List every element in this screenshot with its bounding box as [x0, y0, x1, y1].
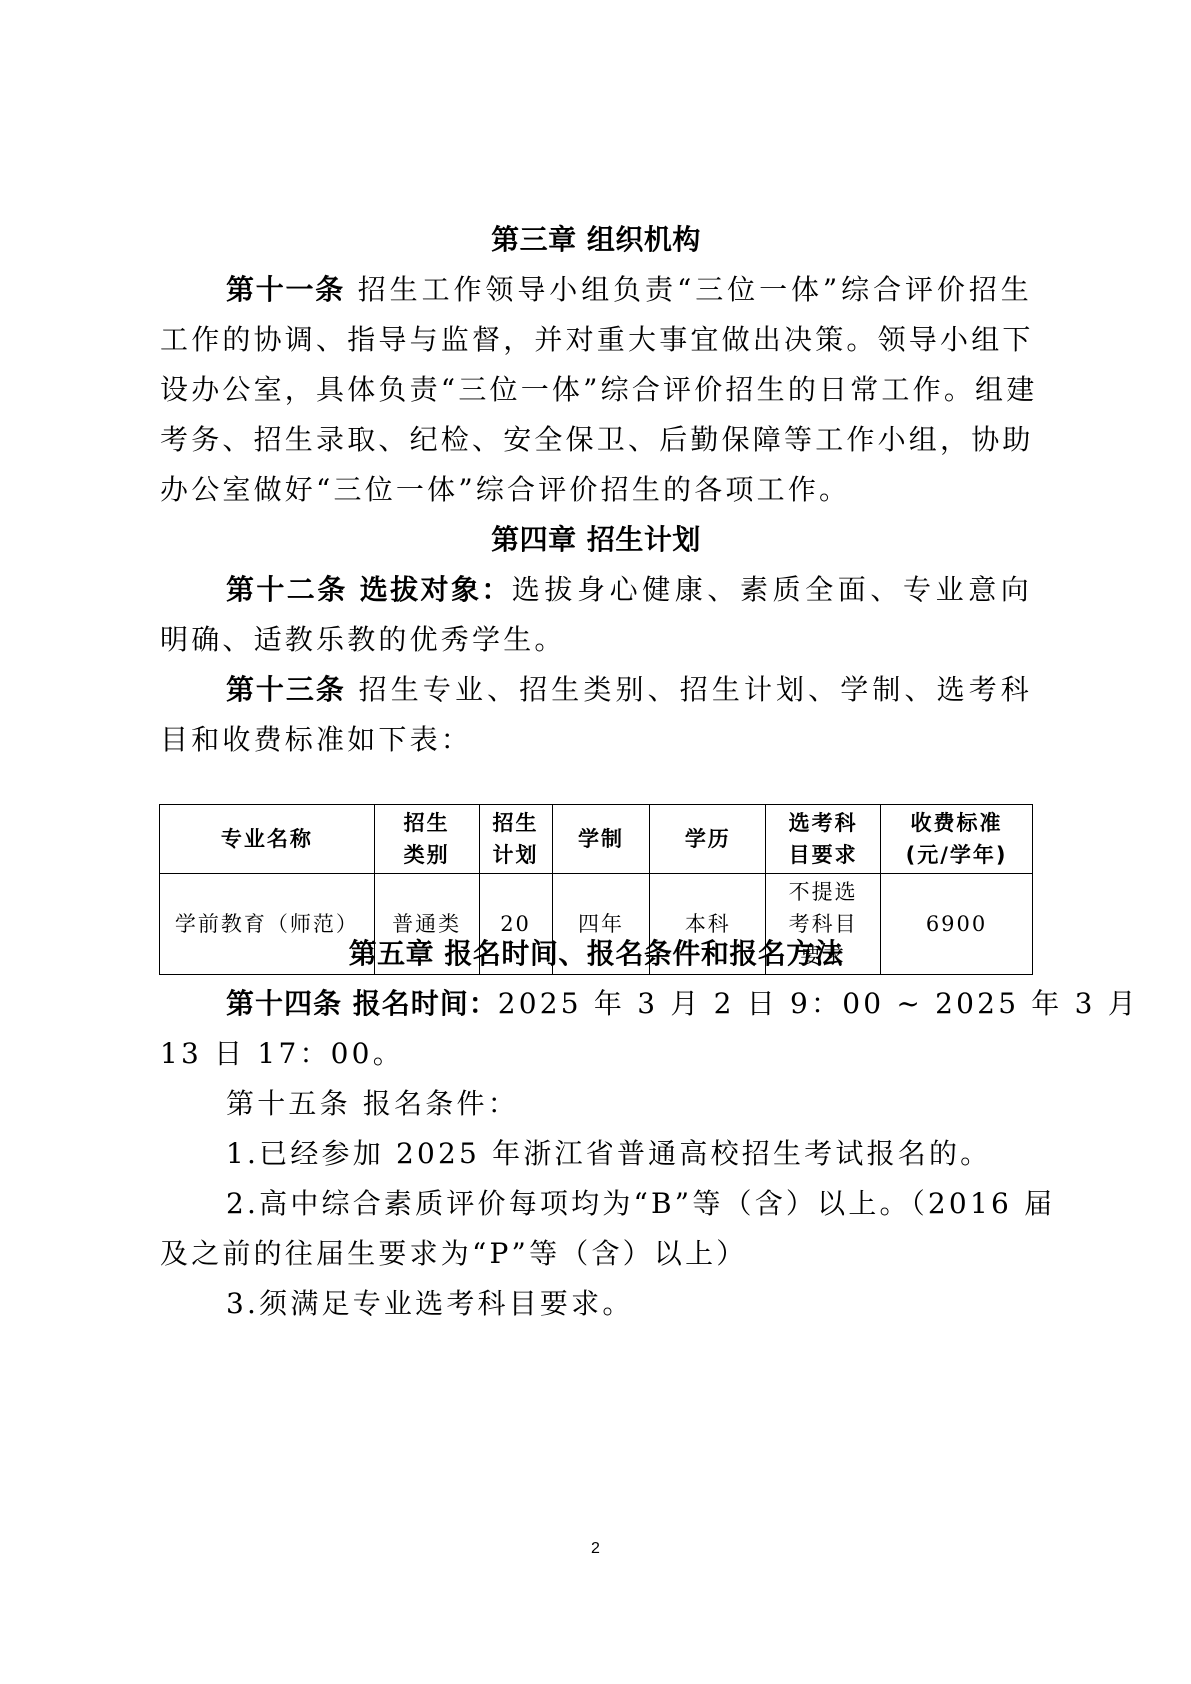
article-12-line-2: 明确、适教乐教的优秀学生。	[160, 622, 1032, 658]
article-13-line-2: 目和收费标准如下表：	[160, 722, 1032, 758]
article-15-label: 第十五条 报名条件：	[160, 1086, 1032, 1122]
article-14-line-2: 13 日 17：00。	[160, 1036, 1032, 1072]
article-14-line-1: 第十四条 报名时间：2025 年 3 月 2 日 9：00 ~ 2025 年 3…	[160, 986, 1032, 1022]
article-12-label: 第十二条 选拔对象：	[226, 573, 512, 606]
article-11-text: 招生工作领导小组负责“三位一体”综合评价招生	[358, 273, 1032, 306]
article-12-line-1: 第十二条 选拔对象：选拔身心健康、素质全面、专业意向	[160, 572, 1032, 608]
article-11-line-2: 工作的协调、指导与监督，并对重大事宜做出决策。领导小组下	[160, 322, 1032, 358]
chapter-3-title: 第三章 组织机构	[160, 222, 1032, 258]
article-14-label: 第十四条 报名时间：	[226, 987, 498, 1020]
condition-item-2: 2.高中综合素质评价每项均为“B”等（含）以上。（2016 届	[160, 1186, 1032, 1222]
header-duration: 学制	[552, 805, 650, 874]
document-page: 第三章 组织机构 第十一条 招生工作领导小组负责“三位一体”综合评价招生 工作的…	[0, 0, 1191, 1684]
condition-item-2-cont: 及之前的往届生要求为“P”等（含）以上）	[160, 1236, 1032, 1272]
header-category: 招生类别	[374, 805, 479, 874]
article-13-label: 第十三条	[226, 673, 346, 706]
article-11-line-1: 第十一条 招生工作领导小组负责“三位一体”综合评价招生	[160, 272, 1032, 308]
article-11-line-3: 设办公室，具体负责“三位一体”综合评价招生的日常工作。组建	[160, 372, 1032, 408]
article-12-text: 选拔身心健康、素质全面、专业意向	[512, 573, 1032, 606]
table-header-row: 专业名称 招生类别 招生计划 学制 学历 选考科目要求 收费标准(元/学年)	[160, 805, 1033, 874]
header-degree: 学历	[650, 805, 766, 874]
chapter-5-title: 第五章 报名时间、报名条件和报名方法	[160, 936, 1032, 972]
article-13-text: 招生专业、招生类别、招生计划、学制、选考科	[359, 673, 1032, 706]
article-13-line-1: 第十三条 招生专业、招生类别、招生计划、学制、选考科	[160, 672, 1032, 708]
header-subject-req: 选考科目要求	[766, 805, 881, 874]
header-major: 专业名称	[160, 805, 375, 874]
article-11-line-4: 考务、招生录取、纪检、安全保卫、后勤保障等工作小组，协助	[160, 422, 1032, 458]
header-plan: 招生计划	[479, 805, 552, 874]
article-11-line-5: 办公室做好“三位一体”综合评价招生的各项工作。	[160, 472, 1032, 508]
article-14-text: 2025 年 3 月 2 日 9：00 ~ 2025 年 3 月	[498, 987, 1139, 1020]
condition-item-1: 1.已经参加 2025 年浙江省普通高校招生考试报名的。	[160, 1136, 1032, 1172]
condition-item-3: 3.须满足专业选考科目要求。	[160, 1286, 1032, 1322]
article-11-label: 第十一条	[226, 273, 345, 306]
page-number: 2	[0, 1540, 1191, 1558]
header-fee: 收费标准(元/学年)	[881, 805, 1033, 874]
chapter-4-title: 第四章 招生计划	[160, 522, 1032, 558]
